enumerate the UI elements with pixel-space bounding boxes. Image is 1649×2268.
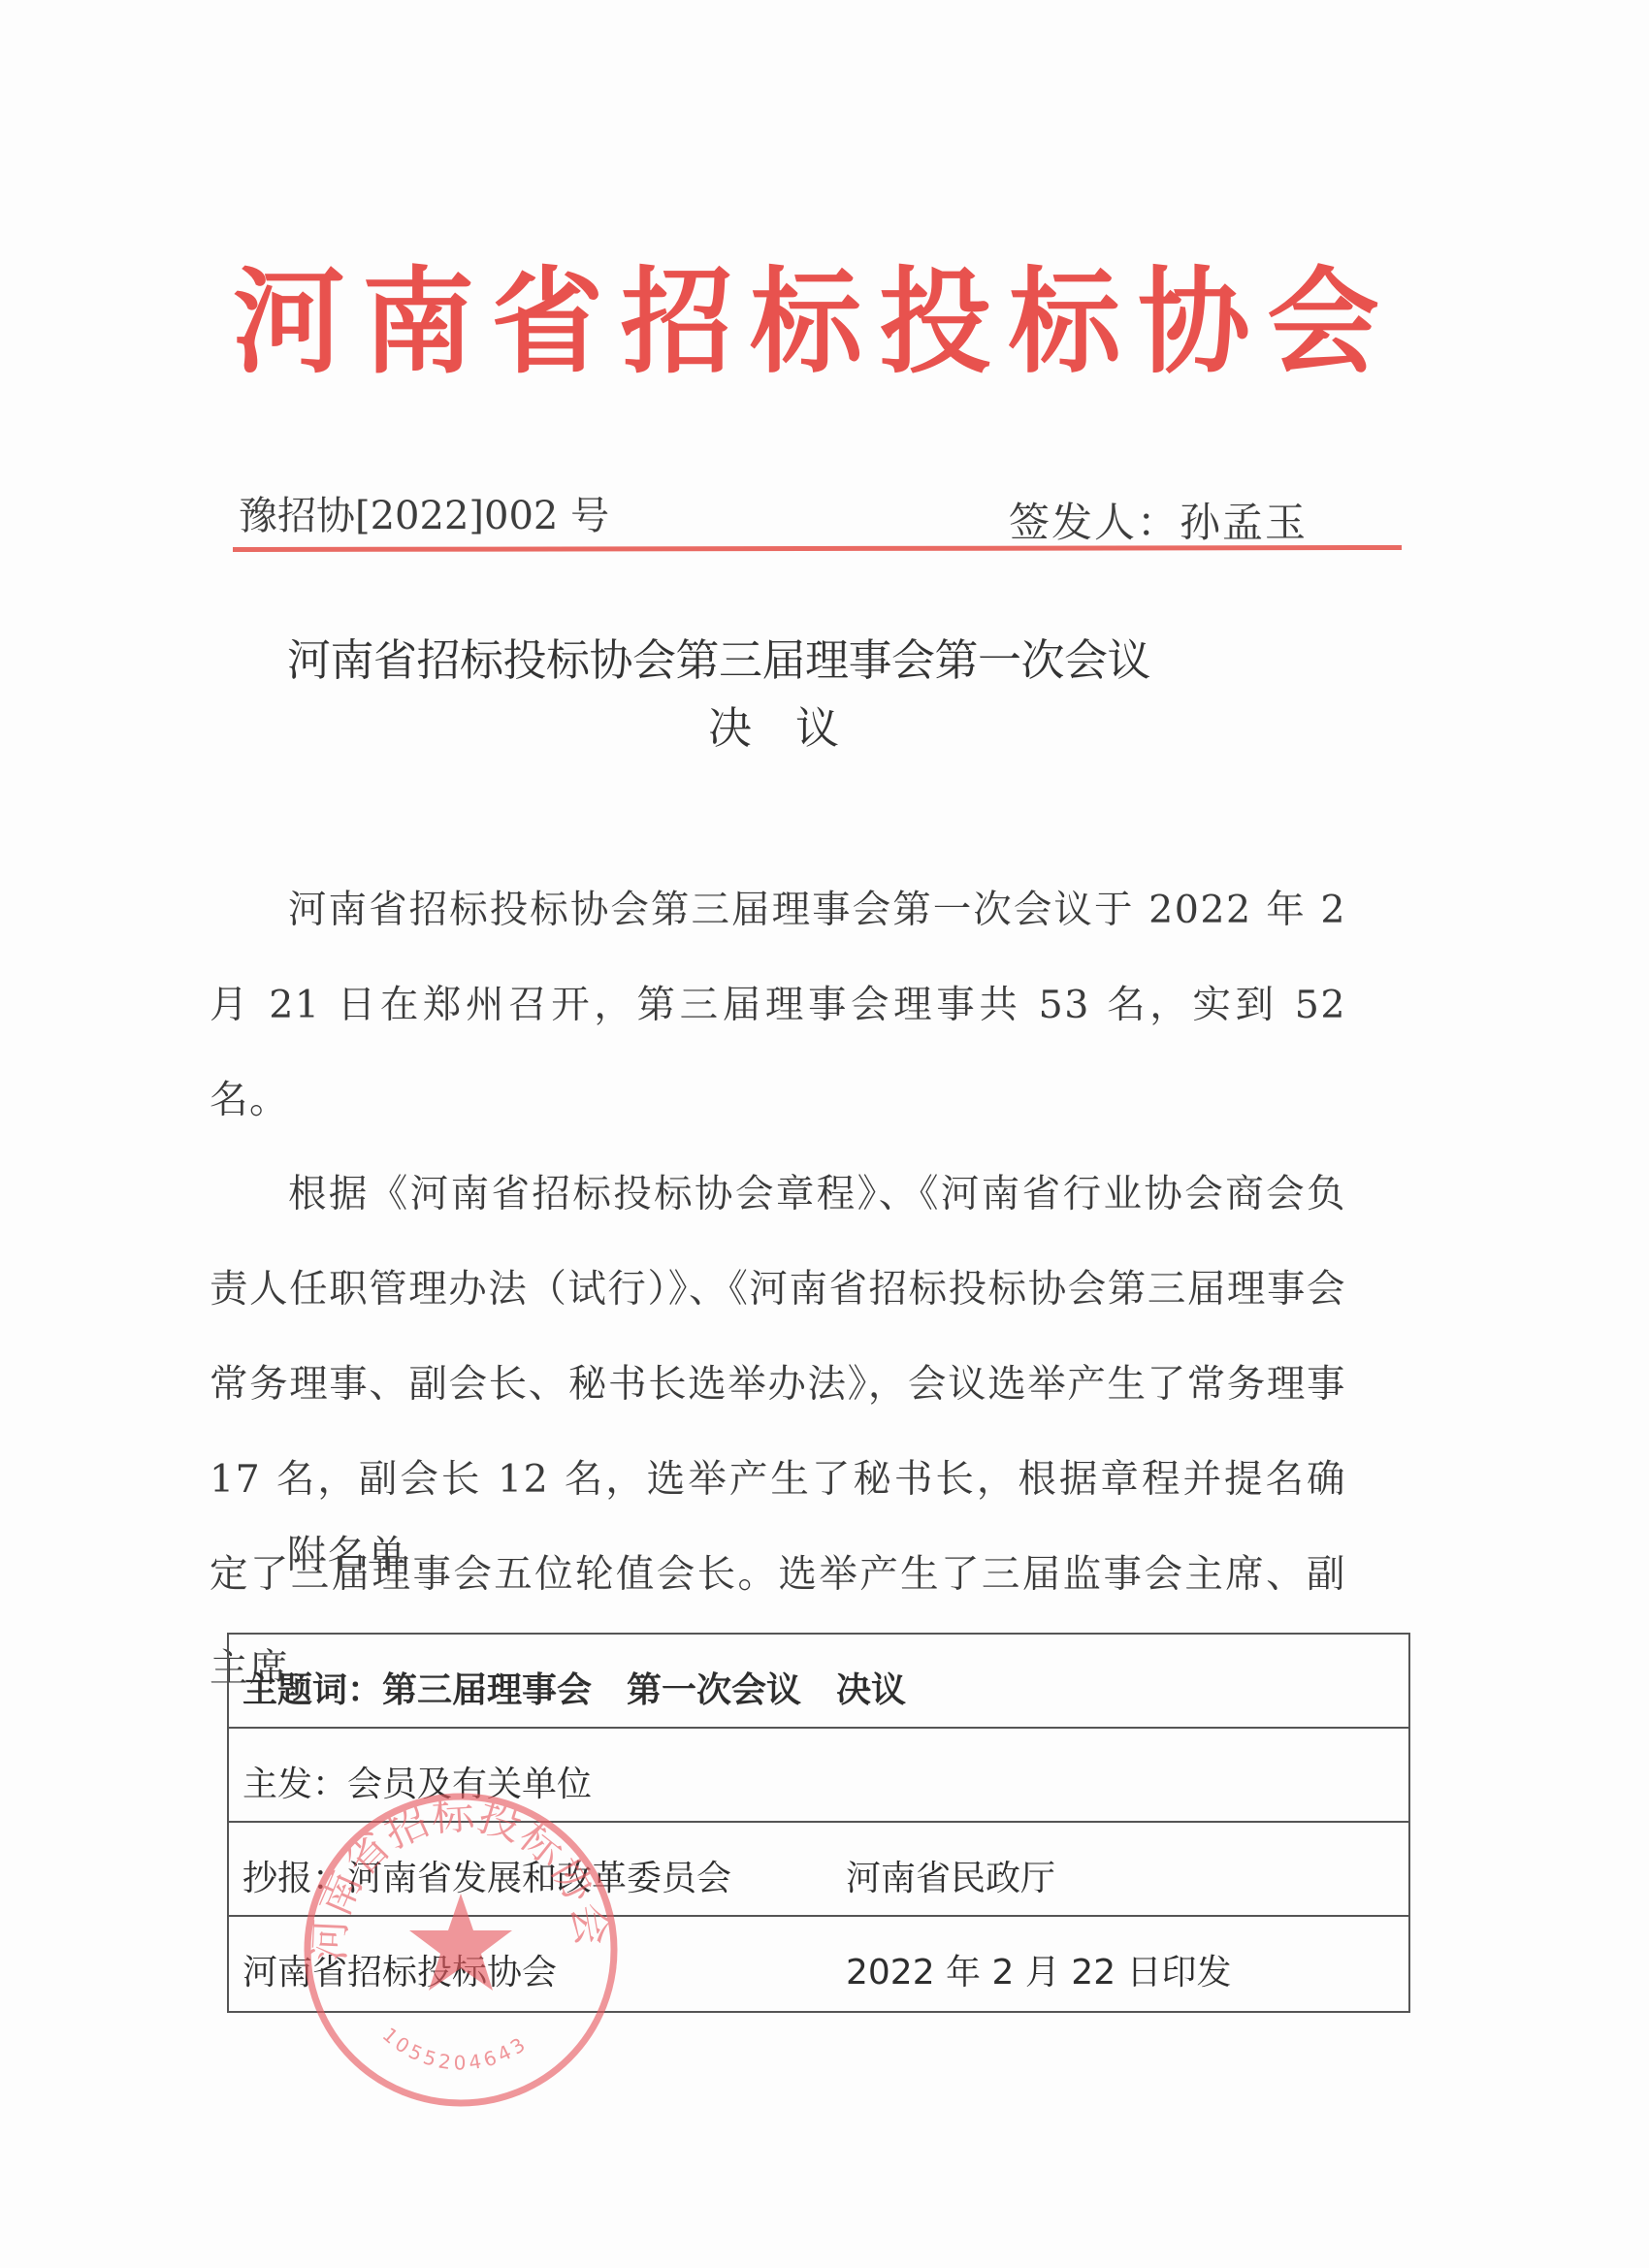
body-paragraph: 河南省招标投标协会第三届理事会第一次会议于 2022 年 2 月 21 日在郑州… — [210, 863, 1346, 1148]
subject-keywords: 主题词：第三届理事会 第一次会议 决议 — [242, 1669, 906, 1712]
main-recipients: 主发：会员及有关单位 — [242, 1764, 592, 1806]
masthead-org-name: 河南省招标投标协会 — [233, 254, 1383, 390]
document-subtitle: 决 议 — [708, 698, 839, 759]
issue-date: 2022 年 2 月 22 日印发 — [846, 1952, 1232, 1994]
svg-text:1055204643: 1055204643 — [378, 2023, 533, 2074]
document-number: 豫招协[2022]002 号 — [239, 490, 609, 542]
issuer: 河南省招标投标协会 — [242, 1952, 557, 1994]
signer-label: 签发人： — [1009, 499, 1180, 546]
masthead-divider — [233, 545, 1402, 552]
document-body: 河南省招标投标协会第三届理事会第一次会议于 2022 年 2 月 21 日在郑州… — [210, 863, 1346, 1717]
attachment-note: 附名单 — [287, 1526, 408, 1584]
main-recipients-row: 主发：会员及有关单位 — [229, 1729, 1408, 1823]
subject-keywords-row: 主题词：第三届理事会 第一次会议 决议 — [229, 1635, 1408, 1729]
signer: 签发人：孙孟玉 — [1009, 497, 1308, 549]
signer-name: 孙孟玉 — [1180, 499, 1308, 546]
cc-row: 抄报：河南省发展和改革委员会 河南省民政厅 — [229, 1823, 1408, 1917]
cc-recipient-1: 抄报：河南省发展和改革委员会 — [242, 1858, 731, 1900]
cc-recipient-2: 河南省民政厅 — [846, 1858, 1055, 1900]
issuer-row: 河南省招标投标协会 2022 年 2 月 22 日印发 — [229, 1917, 1408, 2011]
document-title: 河南省招标投标协会第三届理事会第一次会议 — [287, 631, 1277, 691]
distribution-table: 主题词：第三届理事会 第一次会议 决议 主发：会员及有关单位 抄报：河南省发展和… — [227, 1633, 1410, 2013]
